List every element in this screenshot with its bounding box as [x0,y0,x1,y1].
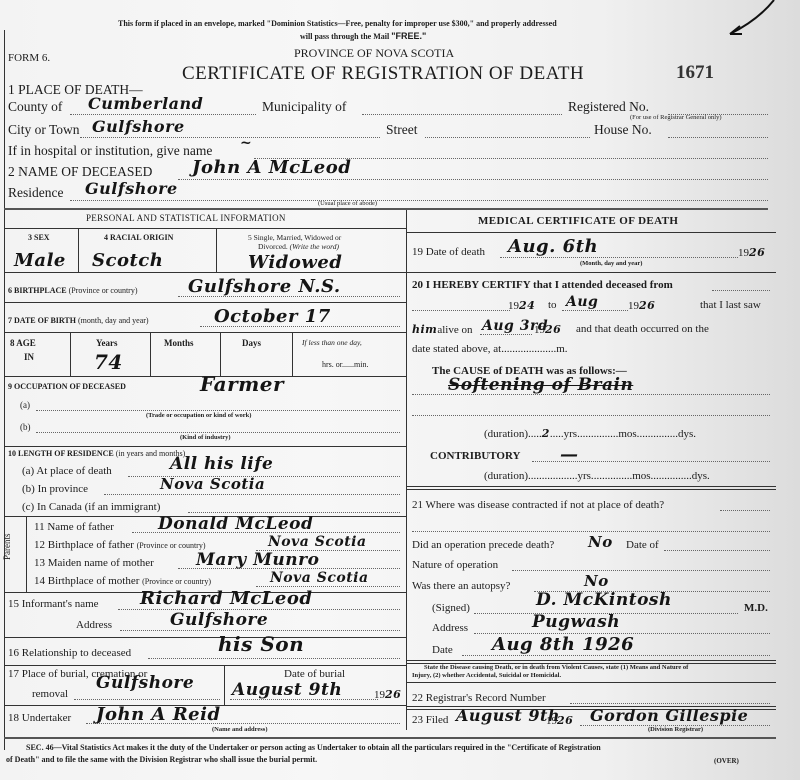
relationship-value[interactable]: his Son [218,632,304,656]
personal-section-title: PERSONAL AND STATISTICAL INFORMATION [86,213,286,223]
state-note-1: State the Disease causing Death, or in d… [424,664,688,671]
undertaker-value[interactable]: John A Reid [96,704,221,725]
burial-label-2: removal [32,688,68,700]
mother-bp-label: 14 Birthplace of mother (Province or cou… [34,575,211,587]
municipality-label: Municipality of [262,99,346,115]
certify-to-label: to [548,299,557,311]
filed-year: 1926 [546,714,573,727]
burial-place-value[interactable]: Gulfshore [96,673,194,693]
record-number-label: 22 Registrar's Record Number [412,692,546,704]
residence-length-label: 10 LENGTH OF RESIDENCE (in years and mon… [8,449,185,458]
doctor-address-label: Address [432,622,468,634]
age-less-label: If less than one day, [302,338,362,347]
mother-label: 13 Maiden name of mother [34,557,154,569]
cause-value[interactable]: Softening of Brain [448,375,633,395]
occupation-value[interactable]: Farmer [200,372,284,396]
sex-label: 3 SEX [28,233,50,242]
city-label: City or Town [8,122,80,138]
occupation-a: (a) [20,400,30,410]
operation-label: Did an operation precede death? [412,539,554,551]
age-label-1: 8 AGE [10,338,36,348]
province-heading: PROVINCE OF NOVA SCOTIA [294,46,454,61]
certify-line1: 20 I HEREBY CERTIFY that I attended dece… [412,279,673,291]
contributory-label: CONTRIBUTORY [430,450,520,462]
street-label: Street [386,122,418,138]
death-date-value[interactable]: Aug. 6th [508,236,598,257]
md-label: M.D. [744,602,768,614]
mail-notice-line1: This form if placed in an envelope, mark… [118,19,557,28]
registered-no-label: Registered No. [568,99,649,115]
filed-value[interactable]: August 9th [456,706,560,725]
mail-notice-line2: will pass through the Mail "FREE." [300,31,426,41]
age-months-label: Months [164,338,194,348]
name-of-deceased-value[interactable]: John A McLeod [192,157,351,178]
county-value[interactable]: Cumberland [88,94,203,113]
father-bp-label: 12 Birthplace of father (Province or cou… [34,539,206,551]
signed-label: (Signed) [432,602,470,614]
mother-bp-value[interactable]: Nova Scotia [270,570,369,586]
res-a-label: (a) At place of death [22,465,112,477]
division-registrar-note: (Division Registrar) [648,726,703,733]
res-c-label: (c) In Canada (if an immigrant) [22,501,160,513]
city-value[interactable]: Gulfshore [92,117,185,136]
certify-to-value[interactable]: Aug [566,294,598,310]
operation-date-label: Date of [626,539,659,551]
house-no-label: House No. [594,122,652,138]
contributory-value[interactable]: — [560,444,579,465]
division-registrar-value[interactable]: Gordon Gillespie [590,706,748,725]
age-years-value[interactable]: 74 [94,350,123,374]
checkmark-arrow-icon [718,0,778,40]
marital-label-1: 5 Single, Married, Widowed or [248,233,341,242]
autopsy-value[interactable]: No [584,572,609,590]
informant-address-value[interactable]: Gulfshore [170,610,268,630]
signed-value[interactable]: D. McKintosh [536,590,672,610]
age-hrs-min: hrs. or......min. [322,360,368,369]
dob-value[interactable]: October 17 [214,306,331,327]
certify-occurred: and that death occurred on the [576,323,709,335]
undertaker-note: (Name and address) [212,726,268,733]
autopsy-label: Was there an autopsy? [412,580,510,592]
occupation-label: 9 OCCUPATION OF DECEASED [8,382,126,391]
left-border [4,30,5,750]
footer-over: (OVER) [714,757,739,765]
occupation-a-note: (Trade or occupation or kind of work) [146,412,251,419]
undertaker-label: 18 Undertaker [8,712,71,724]
form-number: FORM 6. [8,52,50,64]
duration-line-2: (duration)..................yrs.........… [484,470,710,482]
date-signed-value[interactable]: Aug 8th 1926 [492,634,634,655]
operation-value[interactable]: No [588,533,613,551]
footer-sec-line2: of Death" and to file the same with the … [6,755,317,764]
hospital-label: If in hospital or institution, give name [8,143,212,159]
res-b-label: (b) In province [22,483,88,495]
name-of-deceased-label: 2 NAME OF DECEASED [8,164,152,180]
medical-section-title: MEDICAL CERTIFICATE OF DEATH [478,215,678,227]
relationship-label: 16 Relationship to deceased [8,647,131,659]
sex-value[interactable]: Male [14,250,66,271]
doctor-address-value[interactable]: Pugwash [532,612,620,632]
dob-label: 7 DATE OF BIRTH (month, day and year) [8,316,149,325]
filed-label: 23 Filed [412,714,448,726]
birthplace-value[interactable]: Gulfshore N.S. [188,276,341,297]
duration-line-1: (duration).....2.....yrs...............m… [484,427,696,440]
registered-no-note: (For use of Registrar General only) [630,114,722,121]
death-year: 1926 [738,246,765,259]
county-label: County of [8,99,62,115]
age-label-2: IN [24,352,34,362]
date-signed-label: Date [432,644,453,656]
occupation-b-note: (Kind of industry) [180,434,231,441]
certify-alive-year: 1926 [534,323,561,336]
hospital-value[interactable]: ~ [240,135,252,151]
certify-last-saw: that I last saw [700,299,761,311]
footer-sec-line1: SEC. 46—Vital Statistics Act makes it th… [26,743,601,752]
age-days-label: Days [242,338,261,348]
certify-alive-line: himalive on [412,323,472,336]
residence-value[interactable]: Gulfshore [85,179,178,198]
racial-origin-label: 4 RACIAL ORIGIN [104,233,173,242]
q21-label: 21 Where was disease contracted if not a… [412,499,664,511]
burial-year: 1926 [374,688,401,701]
residence-label: Residence [8,185,63,201]
birthplace-label: 6 BIRTHPLACE (Province or country) [8,286,138,295]
age-years-label: Years [96,338,118,348]
informant-address-label: Address [76,619,112,631]
death-date-label: 19 Date of death [412,246,485,258]
certificate-number: 1671 [676,62,714,84]
residence-note: (Usual place of abode) [318,200,377,207]
burial-date-label: Date of burial [284,668,345,680]
burial-date-value[interactable]: August 9th [232,680,342,700]
death-date-note: (Month, day and year) [580,260,642,267]
res-a-value[interactable]: All his life [170,454,273,474]
father-bp-value[interactable]: Nova Scotia [268,534,367,550]
death-certificate: This form if placed in an envelope, mark… [0,0,800,780]
certify-to-year: 1926 [628,299,655,312]
occupation-b: (b) [20,422,31,432]
mother-value[interactable]: Mary Munro [196,550,319,570]
operation-nature-label: Nature of operation [412,559,498,571]
informant-label: 15 Informant's name [8,598,99,610]
parents-label: Parents [2,534,12,561]
racial-origin-value[interactable]: Scotch [92,250,163,271]
certify-stated: date stated above, at...................… [412,343,568,355]
informant-value[interactable]: Richard McLeod [140,588,312,609]
marital-label-2: Divorced. (Write the word) [258,242,339,251]
marital-status-value[interactable]: Widowed [248,252,342,273]
certify-from-year: 1924 [508,299,535,312]
father-label: 11 Name of father [34,521,114,533]
certificate-title: CERTIFICATE OF REGISTRATION OF DEATH [182,63,584,85]
father-value[interactable]: Donald McLeod [158,514,313,534]
state-note-2: Injury, (2) whether Accidental, Suicidal… [412,672,561,679]
res-b-value[interactable]: Nova Scotia [160,475,265,493]
